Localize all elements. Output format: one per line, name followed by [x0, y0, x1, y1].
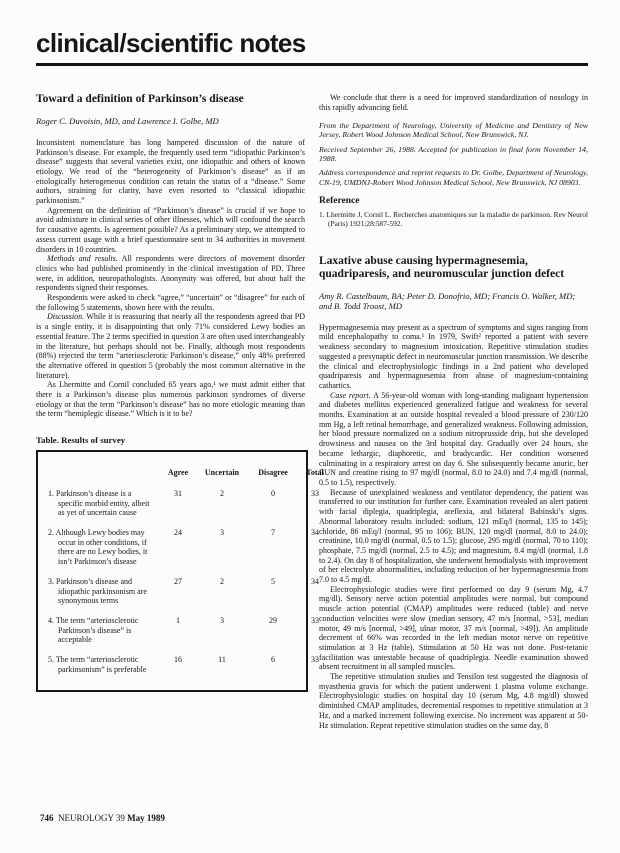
disagree-cell: 0 — [248, 489, 298, 518]
footer-page-number: 746 — [40, 813, 54, 823]
article1-authors: Roger C. Duvoisin, MD, and Lawrence I. G… — [36, 116, 305, 126]
paragraph: Case report. A 56-year-old woman with lo… — [319, 391, 588, 488]
two-column-layout: Toward a definition of Parkinson’s disea… — [36, 93, 588, 730]
table-header-uncertain: Uncertain — [196, 468, 248, 478]
disagree-cell: 5 — [248, 577, 298, 606]
table-header-agree: Agree — [160, 468, 196, 478]
paragraph: The repetitive stimulation studies and T… — [319, 672, 588, 730]
uncertain-cell: 11 — [196, 655, 248, 674]
agree-cell: 16 — [160, 655, 196, 674]
column-right: We conclude that there is a need for imp… — [319, 93, 588, 730]
journal-page: clinical/scientific notes Toward a defin… — [0, 0, 620, 853]
received-note: Received September 26, 1988. Accepted fo… — [319, 145, 588, 164]
paragraph-text: A 56-year-old woman with long-standing m… — [319, 391, 588, 487]
paragraph: We conclude that there is a need for imp… — [319, 93, 588, 112]
agree-cell: 1 — [160, 616, 196, 645]
agree-cell: 24 — [160, 528, 196, 567]
paragraph-lead: Case report. — [330, 391, 371, 400]
uncertain-cell: 2 — [196, 577, 248, 606]
reference-heading: Reference — [319, 196, 588, 206]
affiliation-note: From the Department of Neurology, Univer… — [319, 121, 588, 140]
article2-authors: Amy R. Castelbaum, BA; Peter D. Donofrio… — [319, 291, 588, 311]
statement-cell: 5. The term “arteriosclerotic parkinsoni… — [48, 655, 160, 674]
uncertain-cell: 3 — [196, 528, 248, 567]
footer-issue: May 1989 — [127, 813, 165, 823]
table-row: 3. Parkinson’s disease and idiopathic pa… — [48, 577, 300, 606]
agree-cell: 27 — [160, 577, 196, 606]
table-caption: Table. Results of survey — [36, 435, 305, 445]
table-header-row: Agree Uncertain Disagree Total — [48, 468, 300, 478]
page-footer: 746 NEUROLOGY 39 May 1989 — [40, 813, 165, 823]
survey-table-block: Table. Results of survey Agree Uncertain… — [36, 435, 305, 692]
page-masthead: clinical/scientific notes — [36, 30, 588, 57]
table-row: 4. The term “arteriosclerotic Parkinson’… — [48, 616, 300, 645]
table-row: 1. Parkinson’s disease is a specific mor… — [48, 489, 300, 518]
table-row: 5. The term “arteriosclerotic parkinsoni… — [48, 655, 300, 674]
table-row: 2. Although Lewy bodies may occur in oth… — [48, 528, 300, 567]
statement-cell: 3. Parkinson’s disease and idiopathic pa… — [48, 577, 160, 606]
footer-journal: NEUROLOGY 39 — [58, 813, 125, 823]
disagree-cell: 6 — [248, 655, 298, 674]
article1-front-matter: From the Department of Neurology, Univer… — [319, 121, 588, 187]
disagree-cell: 29 — [248, 616, 298, 645]
paragraph: As Lhermitte and Cornil concluded 65 yea… — [36, 380, 305, 419]
paragraph-text: While it is reassuring that nearly all t… — [36, 312, 305, 379]
correspondence-note: Address correspondence and reprint reque… — [319, 168, 588, 187]
table-header-statement — [48, 468, 160, 478]
survey-table: Agree Uncertain Disagree Total 1. Parkin… — [36, 450, 308, 692]
table-header-disagree: Disagree — [248, 468, 298, 478]
paragraph: Discussion. While it is reassuring that … — [36, 312, 305, 380]
statement-cell: 1. Parkinson’s disease is a specific mor… — [48, 489, 160, 518]
statement-cell: 4. The term “arteriosclerotic Parkinson’… — [48, 616, 160, 645]
paragraph: Inconsistent nomenclature has long hampe… — [36, 138, 305, 206]
disagree-cell: 7 — [248, 528, 298, 567]
column-left: Toward a definition of Parkinson’s disea… — [36, 93, 305, 730]
paragraph: Because of unexplained weakness and vent… — [319, 488, 588, 585]
article2-title: Laxative abuse causing hypermagnesemia, … — [319, 255, 588, 282]
agree-cell: 31 — [160, 489, 196, 518]
paragraph: Agreement on the definition of “Parkinso… — [36, 206, 305, 255]
paragraph: Methods and results. All respondents wer… — [36, 254, 305, 293]
statement-cell: 2. Although Lewy bodies may occur in oth… — [48, 528, 160, 567]
uncertain-cell: 3 — [196, 616, 248, 645]
paragraph-lead: Methods and results. — [47, 254, 118, 263]
article1-title: Toward a definition of Parkinson’s disea… — [36, 93, 305, 107]
uncertain-cell: 2 — [196, 489, 248, 518]
reference-item: 1. Lhermitte J, Cornil L. Recherches ana… — [319, 211, 588, 229]
paragraph: Hypermagnesemia may present as a spectru… — [319, 323, 588, 391]
masthead-rule — [36, 63, 588, 66]
paragraph: Respondents were asked to check “agree,”… — [36, 293, 305, 312]
paragraph: Electrophysiologic studies were first pe… — [319, 585, 588, 672]
paragraph-lead: Discussion. — [47, 312, 84, 321]
article2: Laxative abuse causing hypermagnesemia, … — [319, 255, 588, 731]
